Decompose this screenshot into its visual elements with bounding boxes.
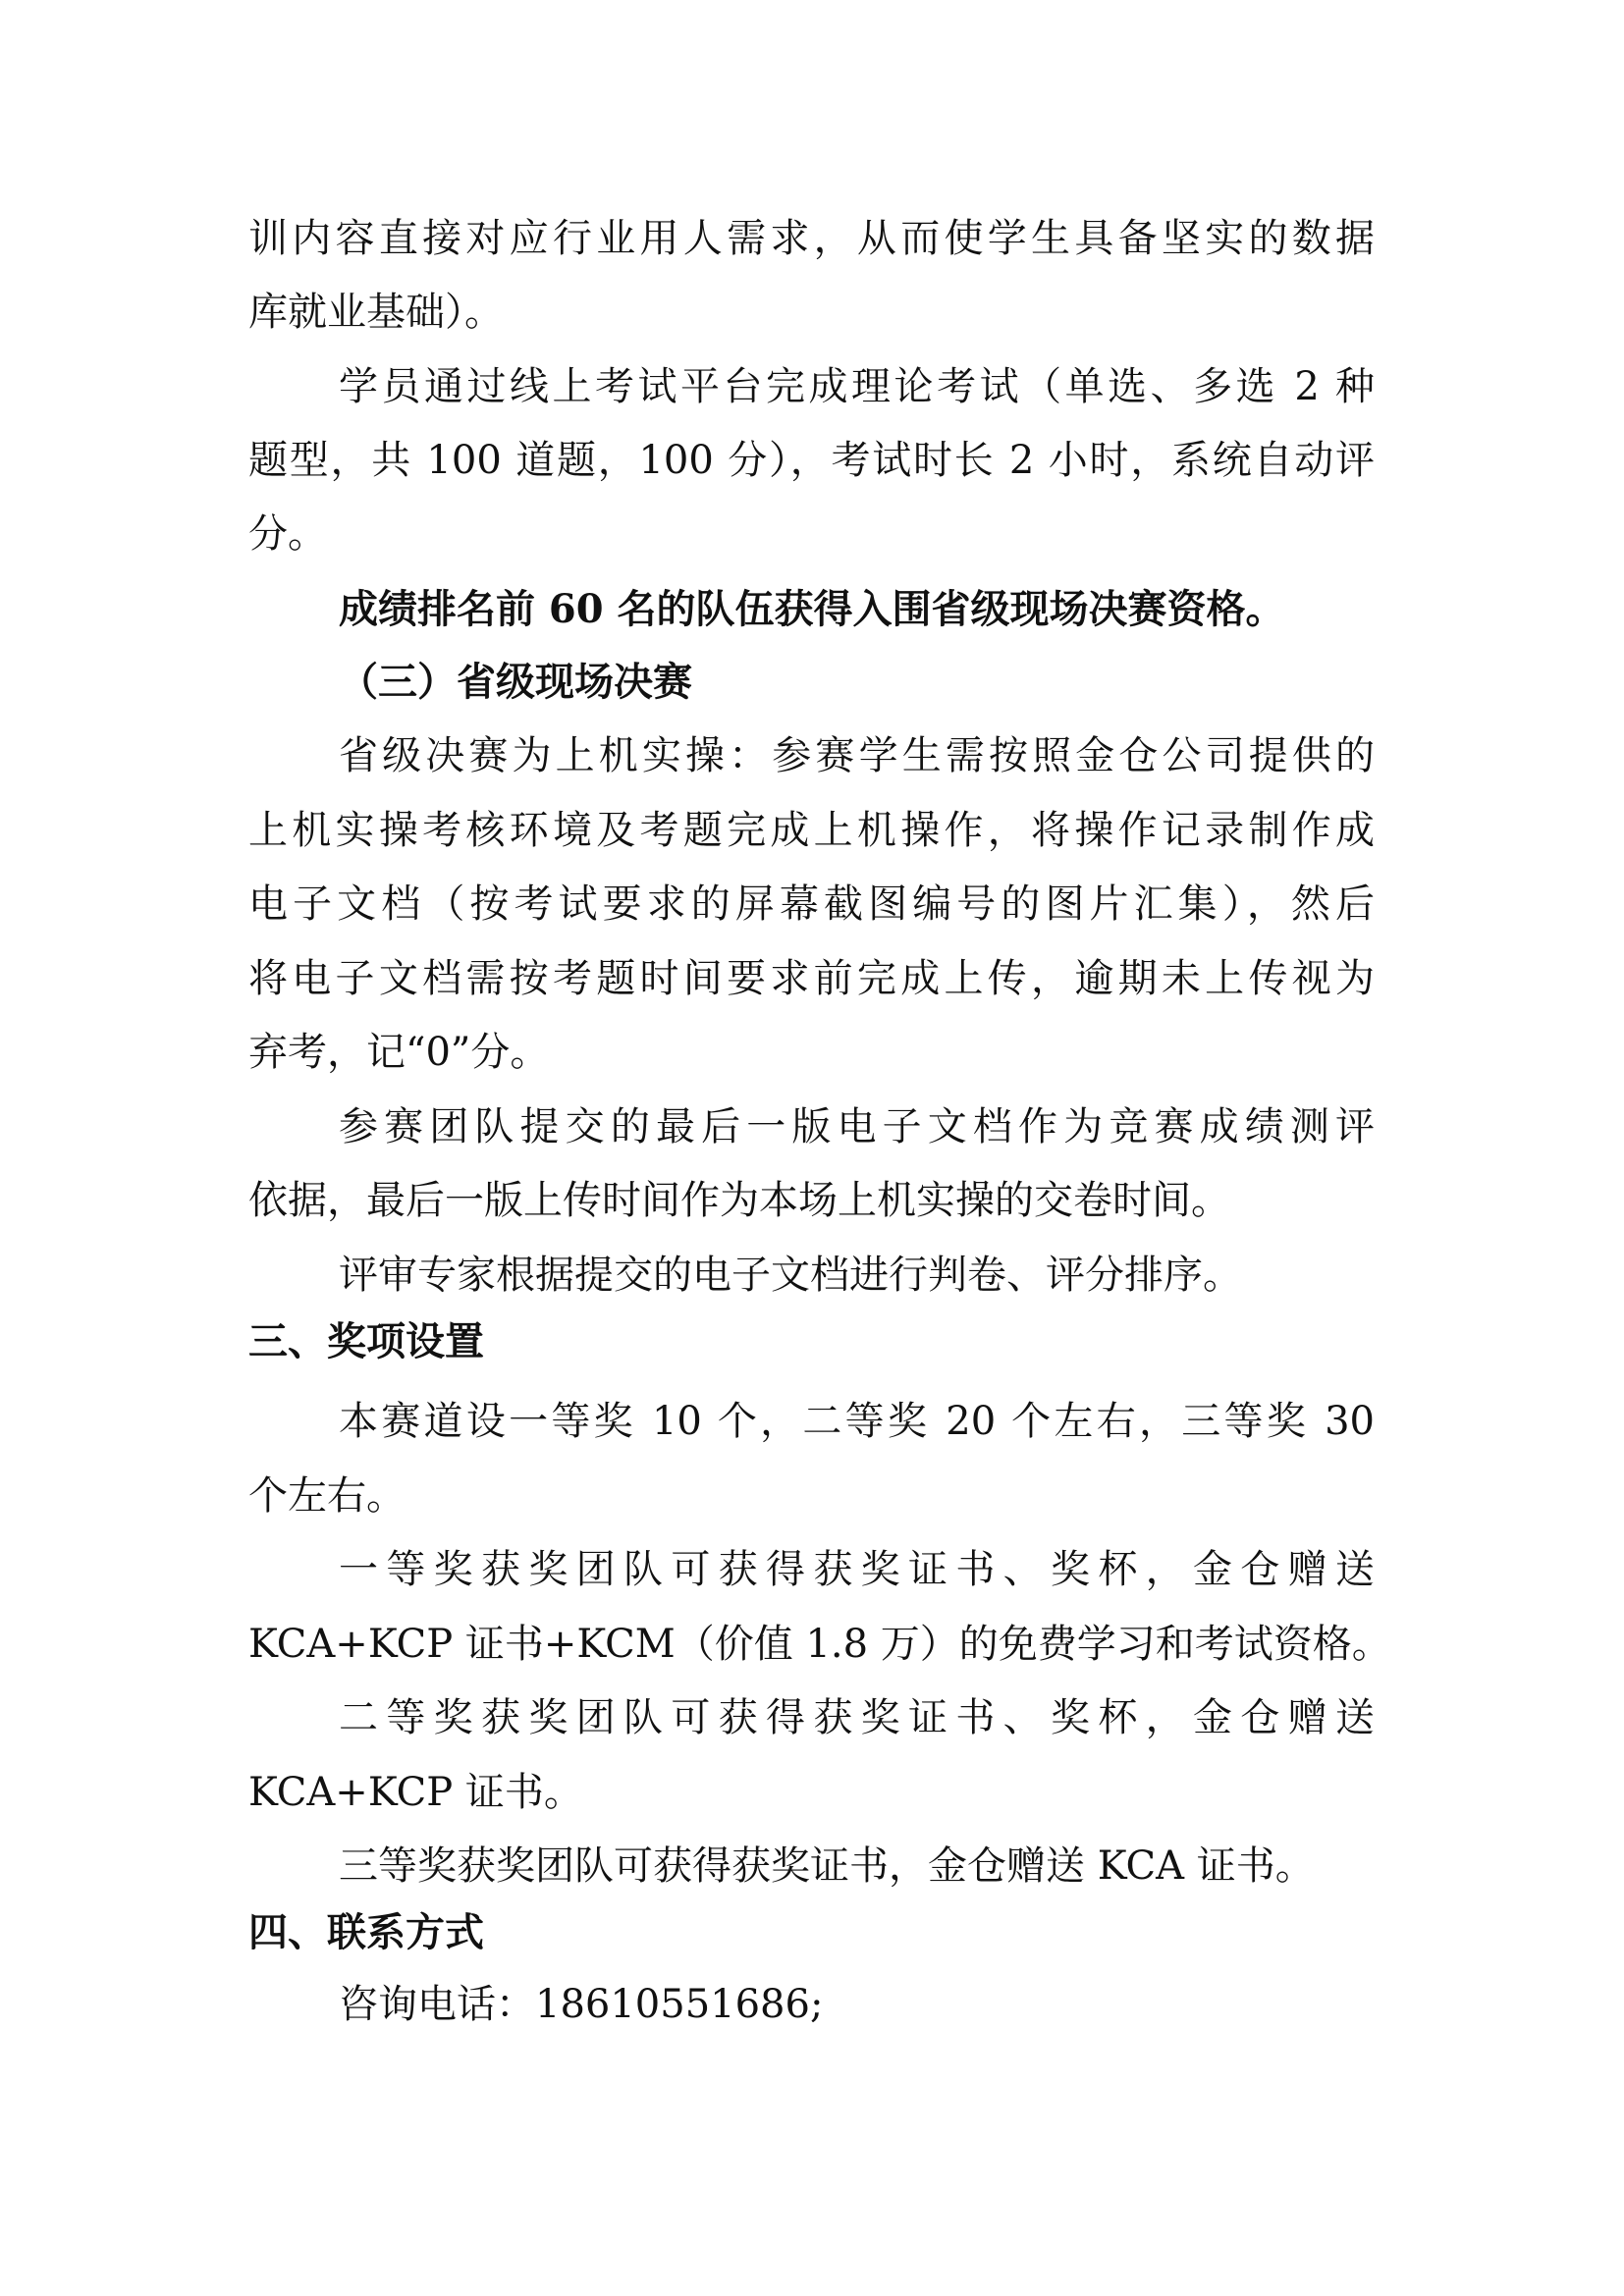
- paragraph-line: 将电子文档需按考题时间要求前完成上传，逾期未上传视为: [248, 942, 1375, 1016]
- contact-phone-line: 咨询电话：18610551686;: [339, 1968, 1375, 2042]
- document-page: 训内容直接对应行业用人需求，从而使学生具备坚实的数据 库就业基础）。 学员通过线…: [0, 0, 1624, 2296]
- paragraph-line: 学员通过线上考试平台完成理论考试（单选、多选 2 种: [339, 350, 1375, 424]
- paragraph-line: 三等奖获奖团队可获得获奖证书，金仓赠送 KCA 证书。: [339, 1830, 1375, 1903]
- paragraph-line: 评审专家根据提交的电子文档进行判卷、评分排序。: [339, 1239, 1375, 1312]
- paragraph-line: 题型，共 100 道题，100 分），考试时长 2 小时，系统自动评: [248, 424, 1375, 498]
- paragraph-line: 弃考，记“0”分。: [248, 1016, 1375, 1090]
- paragraph-line: 分。: [248, 498, 1375, 571]
- paragraph-line: 训内容直接对应行业用人需求，从而使学生具备坚实的数据: [248, 202, 1375, 276]
- paragraph-line: 一等奖获奖团队可获得获奖证书、奖杯，金仓赠送: [339, 1533, 1375, 1607]
- paragraph-line: 个左右。: [248, 1460, 1375, 1533]
- paragraph-line: 二等奖获奖团队可获得获奖证书、奖杯，金仓赠送: [339, 1682, 1375, 1755]
- paragraph-line: KCA+KCP 证书。: [248, 1756, 1375, 1830]
- paragraph-line: 库就业基础）。: [248, 276, 1375, 349]
- paragraph-line: 省级决赛为上机实操：参赛学生需按照金仓公司提供的: [339, 720, 1375, 793]
- section-heading-contact: 四、联系方式: [248, 1896, 1375, 1970]
- paragraph-line: 电子文档（按考试要求的屏幕截图编号的图片汇集），然后: [248, 868, 1375, 941]
- paragraph-line: 参赛团队提交的最后一版电子文档作为竞赛成绩测评: [339, 1091, 1375, 1164]
- bold-notice-line: 成绩排名前 60 名的队伍获得入围省级现场决赛资格。: [339, 572, 1375, 646]
- paragraph-line: 本赛道设一等奖 10 个，二等奖 20 个左右，三等奖 30: [339, 1385, 1375, 1459]
- subsection-heading: （三）省级现场决赛: [339, 645, 1375, 719]
- section-heading-awards: 三、奖项设置: [248, 1306, 1375, 1379]
- paragraph-line: 依据，最后一版上传时间作为本场上机实操的交卷时间。: [248, 1164, 1375, 1238]
- paragraph-line: KCA+KCP 证书+KCM（价值 1.8 万）的免费学习和考试资格。: [248, 1608, 1375, 1682]
- paragraph-line: 上机实操考核环境及考题完成上机操作，将操作记录制作成: [248, 794, 1375, 868]
